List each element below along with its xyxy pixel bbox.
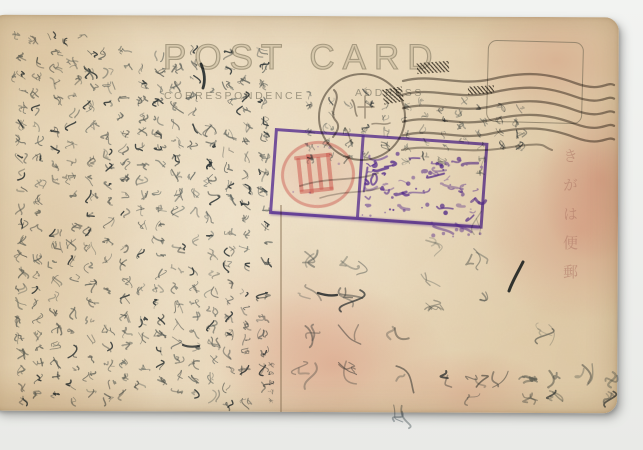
post-card-title: POST CARD [163, 38, 441, 78]
purple-censor-stamp [269, 128, 488, 229]
purple-ink-inscription [264, 123, 498, 258]
postal-card-jp-text: きがは便郵 [560, 148, 581, 328]
ink-smudge [417, 61, 450, 74]
stamp-box-outline [486, 40, 584, 124]
ink-smudge [468, 85, 494, 94]
postcard-scan: POST CARD CORRESPONDENCE ADDRESS きがは便郵 [0, 0, 643, 450]
correspondence-label: CORRESPONDENCE [164, 90, 305, 102]
